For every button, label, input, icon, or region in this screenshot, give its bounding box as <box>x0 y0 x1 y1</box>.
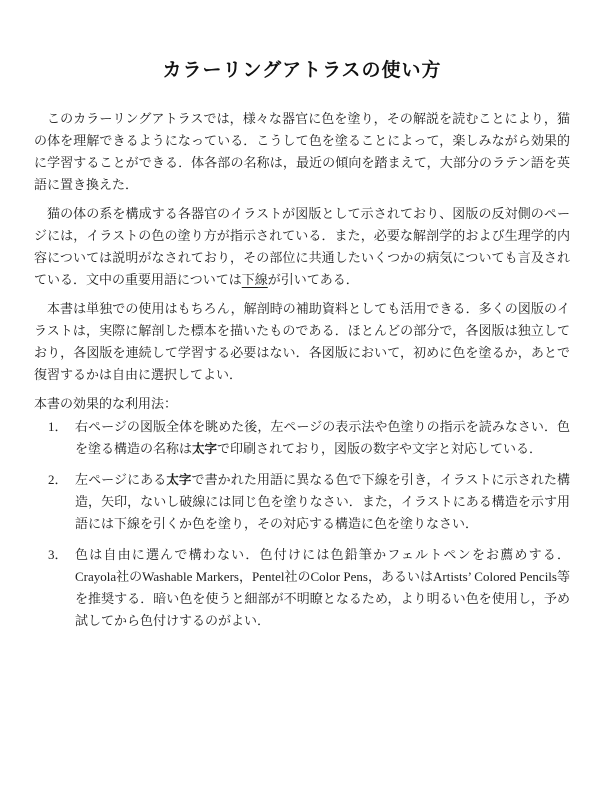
document-page: カラーリングアトラスの使い方 このカラーリングアトラスでは，様々な器官に色を塗り… <box>0 0 603 785</box>
list-item: 3． 色は自由に選んで構わない．色付けには色鉛筆かフェルトペンをお薦めする．Cr… <box>48 544 570 632</box>
list-item: 1． 右ページの図版全体を眺めた後，左ページの表示法や色塗りの指示を読みなさい．… <box>48 416 570 460</box>
paragraph-plates: 猫の体の系を構成する各器官のイラストが図版として示されており、図版の反対側のペー… <box>34 203 570 291</box>
paragraph-standalone-use: 本書は単独での使用はもちろん，解剖時の補助資料としても活用できる．多くの図版のイ… <box>34 298 570 386</box>
page-title: カラーリングアトラスの使い方 <box>34 56 570 86</box>
item-text: 右ページの図版全体を眺めた後，左ページの表示法や色塗りの指示を読みなさい．色を塗… <box>75 416 570 460</box>
usage-heading: 本書の効果的な利用法： <box>34 393 570 415</box>
item-number: 1． <box>48 416 75 460</box>
item-number: 2． <box>48 469 75 535</box>
item-text: 左ページにある太字で書かれた用語に異なる色で下線を引き，イラストに示された構造，… <box>75 469 570 535</box>
paragraph-intro: このカラーリングアトラスでは，様々な器官に色を塗り，その解説を読むことにより，猫… <box>34 108 570 196</box>
item-number: 3． <box>48 544 75 632</box>
list-item: 2． 左ページにある太字で書かれた用語に異なる色で下線を引き，イラストに示された… <box>48 469 570 535</box>
usage-list: 1． 右ページの図版全体を眺めた後，左ページの表示法や色塗りの指示を読みなさい．… <box>34 416 570 632</box>
item-text: 色は自由に選んで構わない．色付けには色鉛筆かフェルトペンをお薦めする．Crayo… <box>75 544 570 632</box>
